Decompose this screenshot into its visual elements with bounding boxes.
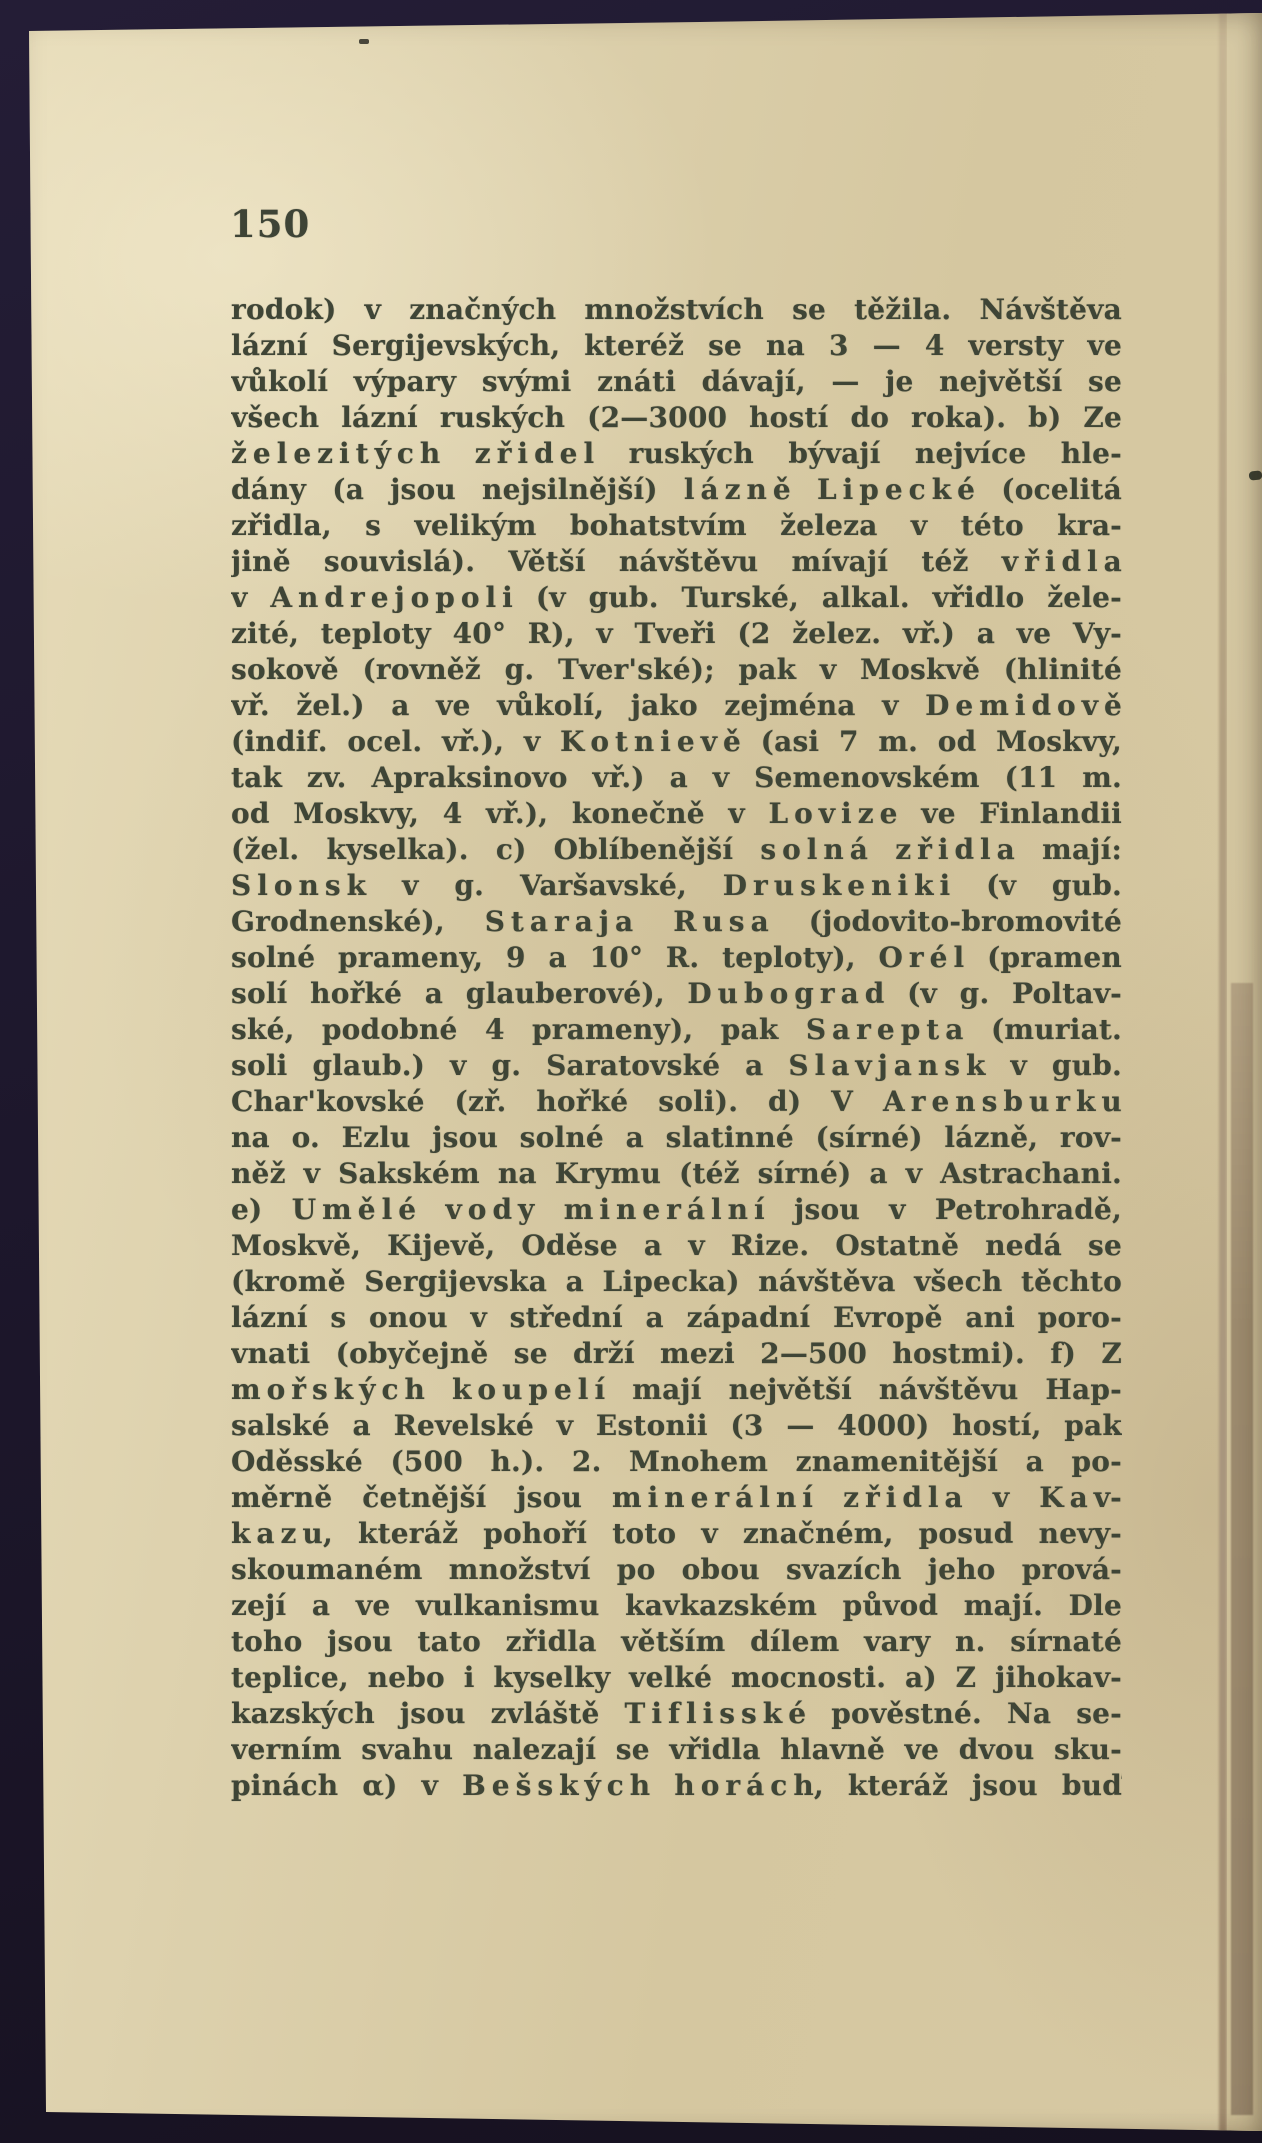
text-line: zité, teploty 40° R), v Tveři (2 želez. … bbox=[231, 616, 1122, 652]
text-line: vř. žel.) a ve vůkolí, jako zejména v D … bbox=[231, 688, 1122, 724]
text-line: ské, podobné 4 prameny), pak S a r e p t… bbox=[231, 1012, 1122, 1048]
body-text: rodok) v značných množstvích se těžila. … bbox=[231, 292, 1122, 1804]
text-line: salské a Revelské v Estonii (3 — 4000) h… bbox=[231, 1408, 1122, 1444]
text-line: ž e l e z i t ý c h z ř i d e l ruských … bbox=[231, 436, 1122, 472]
text-line: vůkolí výpary svými znáti dávají, — je n… bbox=[231, 364, 1122, 400]
ink-speck bbox=[1249, 470, 1262, 480]
text-line: teplice, nebo i kyselky velké mocnosti. … bbox=[231, 1660, 1122, 1696]
text-line: na o. Ezlu jsou solné a slatinné (sírné)… bbox=[231, 1120, 1122, 1156]
text-line: e) U m ě l é v o d y m i n e r á l n í j… bbox=[231, 1192, 1122, 1228]
text-line: m o ř s k ý c h k o u p e l í mají nejvě… bbox=[231, 1372, 1122, 1408]
text-line: měrně četnější jsou m i n e r á l n í z … bbox=[231, 1480, 1122, 1516]
book-page: 150 rodok) v značných množstvích se těži… bbox=[0, 0, 1262, 2143]
text-line: všech lázní ruských (2—3000 hostí do rok… bbox=[231, 400, 1122, 436]
text-line: vnati (obyčejně se drží mezi 2—500 hostm… bbox=[231, 1336, 1122, 1372]
text-line: soli glaub.) v g. Saratovské a S l a v j… bbox=[231, 1048, 1122, 1084]
text-line: skoumaném množství po obou svazích jeho … bbox=[231, 1552, 1122, 1588]
text-line: tak zv. Apraksinovo vř.) a v Semenovském… bbox=[231, 760, 1122, 796]
text-line: (kromě Sergijevska a Lipecka) návštěva v… bbox=[231, 1264, 1122, 1300]
text-line: verním svahu nalezají se vřidla hlavně v… bbox=[231, 1732, 1122, 1768]
text-line: k a z u, kteráž pohoří toto v značném, p… bbox=[231, 1516, 1122, 1552]
text-line: rodok) v značných množstvích se těžila. … bbox=[231, 292, 1122, 328]
text-line: Char'kovské (zř. hořké soli). d) V A r e… bbox=[231, 1084, 1122, 1120]
text-line: solí hořké a glauberové), D u b o g r a … bbox=[231, 976, 1122, 1012]
text-line: zřidla, s velikým bohatstvím železa v té… bbox=[231, 508, 1122, 544]
text-line: Moskvě, Kijevě, Oděse a v Rize. Ostatně … bbox=[231, 1228, 1122, 1264]
text-line: jině souvislá). Větší návštěvu mívají té… bbox=[231, 544, 1122, 580]
text-line: lázní s onou v střední a západní Evropě … bbox=[231, 1300, 1122, 1336]
page-number: 150 bbox=[230, 202, 310, 246]
text-line: lázní Sergijevských, kteréž se na 3 — 4 … bbox=[231, 328, 1122, 364]
text-line: solné prameny, 9 a 10° R. teploty), O r … bbox=[231, 940, 1122, 976]
text-line: Oděsské (500 h.). 2. Mnohem znamenitější… bbox=[231, 1444, 1122, 1480]
text-line: něž v Sakském na Krymu (též sírné) a v A… bbox=[231, 1156, 1122, 1192]
text-line: toho jsou tato zřidla větším dílem vary … bbox=[231, 1624, 1122, 1660]
text-line: (indif. ocel. vř.), v K o t n i e v ě (a… bbox=[231, 724, 1122, 760]
text-line: dány (a jsou nejsilnější) l á z n ě L i … bbox=[231, 472, 1122, 508]
text-line: kazských jsou zvláště T i f l i s s k é … bbox=[231, 1696, 1122, 1732]
text-line: sokově (rovněž g. Tver'ské); pak v Moskv… bbox=[231, 652, 1122, 688]
page-fold-crease bbox=[1219, 10, 1227, 2135]
text-line: S l o n s k v g. Varšavské, D r u s k e … bbox=[231, 868, 1122, 904]
text-line: zejí a ve vulkanismu kavkazském původ ma… bbox=[231, 1588, 1122, 1624]
page-edge-shadow bbox=[1231, 983, 1253, 2115]
text-line: od Moskvy, 4 vř.), konečně v L o v i z e… bbox=[231, 796, 1122, 832]
text-line: Grodnenské), S t a r a j a R u s a (jodo… bbox=[231, 904, 1122, 940]
text-line: (žel. kyselka). c) Oblíbenější s o l n á… bbox=[231, 832, 1122, 868]
ink-speck bbox=[359, 39, 369, 44]
book-scan-background: 150 rodok) v značných množstvích se těži… bbox=[0, 0, 1262, 2143]
text-line: v A n d r e j o p o l i (v gub. Turské, … bbox=[231, 580, 1122, 616]
text-line: pinách α) v B e š s k ý c h h o r á c h,… bbox=[231, 1768, 1122, 1804]
